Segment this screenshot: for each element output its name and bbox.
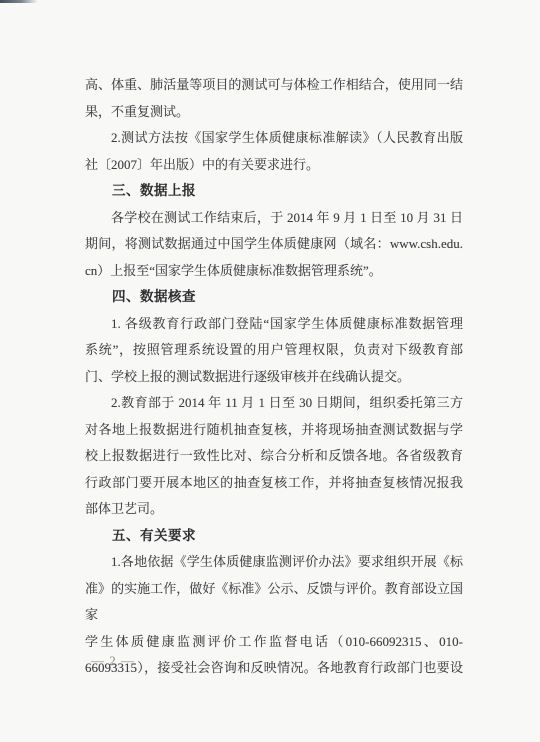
text-line: 2.测试方法按《国家学生体质健康标准解读》（人民教育出版 xyxy=(85,125,463,152)
text-line: 对各地上报数据进行随机抽查复核，并将现场抽查测试数据与学 xyxy=(85,417,463,444)
paragraph: 2.教育部于 2014 年 11 月 1 日至 30 日期间，组织委托第三方对各… xyxy=(85,390,463,523)
text-line: 门、学校上报的测试数据进行逐级审核并在线确认提交。 xyxy=(85,364,463,391)
text-line: 社〔2007〕年出版）中的有关要求进行。 xyxy=(85,152,463,179)
text-line: 校上报数据进行一致性比对、综合分析和反馈各地。各省级教育 xyxy=(85,443,463,470)
text-line: 三、数据上报 xyxy=(85,178,463,205)
paragraph: 高、体重、肺活量等项目的测试可与体检工作相结合，使用同一结果，不重复测试。 xyxy=(85,72,463,125)
text-line: 行政部门要开展本地区的抽查复核工作，并将抽查复核情况报我 xyxy=(85,470,463,497)
text-line: 各学校在测试工作结束后，于 2014 年 9 月 1 日至 10 月 31 日 xyxy=(85,205,463,232)
section-heading: 三、数据上报 xyxy=(85,178,463,205)
section-heading: 四、数据核查 xyxy=(85,284,463,311)
text-line: 66093315），接受社会咨询和反映情况。各地教育行政部门也要设 xyxy=(85,655,463,682)
text-line: 高、体重、肺活量等项目的测试可与体检工作相结合，使用同一结 xyxy=(85,72,463,99)
paragraph: 2.测试方法按《国家学生体质健康标准解读》（人民教育出版社〔2007〕年出版）中… xyxy=(85,125,463,178)
paragraph: 1. 各级教育行政部门登陆“国家学生体质健康标准数据管理系统”，按照管理系统设置… xyxy=(85,311,463,391)
scan-artifact-mark xyxy=(0,0,38,3)
paragraph: 1.各地依据《学生体质健康监测评价办法》要求组织开展《标准》的实施工作，做好《标… xyxy=(85,549,463,682)
text-line: 1.各地依据《学生体质健康监测评价办法》要求组织开展《标 xyxy=(85,549,463,576)
page-number: — 2 — xyxy=(91,652,135,670)
text-line: 四、数据核查 xyxy=(85,284,463,311)
document-body: 高、体重、肺活量等项目的测试可与体检工作相结合，使用同一结果，不重复测试。2.测… xyxy=(85,72,463,682)
text-line: 准》的实施工作，做好《标准》公示、反馈与评价。教育部设立国家 xyxy=(85,576,463,629)
text-line: 系统”，按照管理系统设置的用户管理权限，负责对下级教育部 xyxy=(85,337,463,364)
text-line: 学生体质健康监测评价工作监督电话（010-66092315、010- xyxy=(85,629,463,656)
text-line: 部体卫艺司。 xyxy=(85,496,463,523)
section-heading: 五、有关要求 xyxy=(85,523,463,550)
text-line: 1. 各级教育行政部门登陆“国家学生体质健康标准数据管理 xyxy=(85,311,463,338)
text-line: 果，不重复测试。 xyxy=(85,99,463,126)
text-line: 五、有关要求 xyxy=(85,523,463,550)
text-line: 期间，将测试数据通过中国学生体质健康网（域名：www.csh.edu. xyxy=(85,231,463,258)
paragraph: 各学校在测试工作结束后，于 2014 年 9 月 1 日至 10 月 31 日期… xyxy=(85,205,463,285)
text-line: cn）上报至“国家学生体质健康标准数据管理系统”。 xyxy=(85,258,463,285)
text-line: 2.教育部于 2014 年 11 月 1 日至 30 日期间，组织委托第三方 xyxy=(85,390,463,417)
scanned-document-page: 高、体重、肺活量等项目的测试可与体检工作相结合，使用同一结果，不重复测试。2.测… xyxy=(0,0,540,742)
